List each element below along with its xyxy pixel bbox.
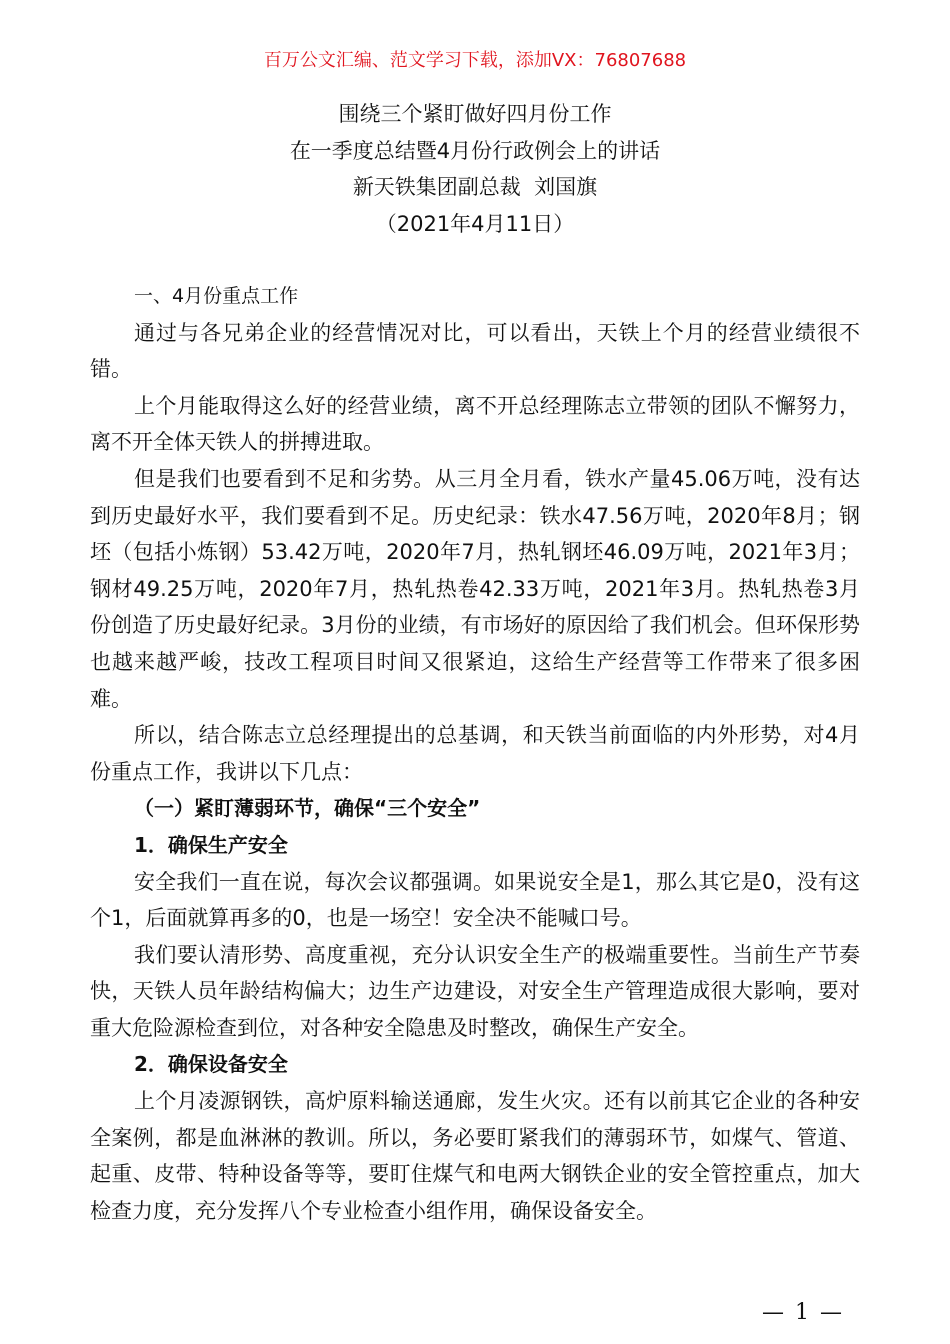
document-body: 一、4月份重点工作 通过与各兄弟企业的经营情况对比，可以看出，天铁上个月的经营业… bbox=[90, 278, 860, 1229]
section-heading-1: 一、4月份重点工作 bbox=[90, 278, 860, 315]
title-block: 围绕三个紧盯做好四月份工作 在一季度总结暨4月份行政例会上的讲话 新天铁集团副总… bbox=[0, 96, 950, 242]
speaker-line: 新天铁集团副总裁 刘国旗 bbox=[0, 169, 950, 206]
paragraph: 上个月能取得这么好的经营业绩，离不开总经理陈志立带领的团队不懈努力，离不开全体天… bbox=[90, 388, 860, 461]
document-page: 百万公文汇编、范文学习下载，添加VX：76807688 围绕三个紧盯做好四月份工… bbox=[0, 0, 950, 1344]
paragraph: 但是我们也要看到不足和劣势。从三月全月看，铁水产量45.06万吨，没有达到历史最… bbox=[90, 461, 860, 717]
speech-subtitle: 在一季度总结暨4月份行政例会上的讲话 bbox=[0, 133, 950, 170]
speech-title: 围绕三个紧盯做好四月份工作 bbox=[0, 96, 950, 133]
paragraph: 通过与各兄弟企业的经营情况对比，可以看出，天铁上个月的经营业绩很不错。 bbox=[90, 315, 860, 388]
item-heading-production-safety: 1．确保生产安全 bbox=[90, 827, 860, 864]
paragraph: 安全我们一直在说，每次会议都强调。如果说安全是1，那么其它是0，没有这个1，后面… bbox=[90, 864, 860, 937]
subsection-heading: （一）紧盯薄弱环节，确保“三个安全” bbox=[90, 790, 860, 827]
watermark-banner: 百万公文汇编、范文学习下载，添加VX：76807688 bbox=[0, 46, 950, 72]
item-heading-equipment-safety: 2．确保设备安全 bbox=[90, 1046, 860, 1083]
speech-date: （2021年4月11日） bbox=[0, 206, 950, 243]
paragraph: 我们要认清形势、高度重视，充分认识安全生产的极端重要性。当前生产节奏快，天铁人员… bbox=[90, 937, 860, 1047]
paragraph: 所以，结合陈志立总经理提出的总基调，和天铁当前面临的内外形势，对4月份重点工作，… bbox=[90, 717, 860, 790]
page-number: — 1 — bbox=[762, 1300, 844, 1325]
paragraph: 上个月凌源钢铁，高炉原料输送通廊，发生火灾。还有以前其它企业的各种安全案例，都是… bbox=[90, 1083, 860, 1229]
